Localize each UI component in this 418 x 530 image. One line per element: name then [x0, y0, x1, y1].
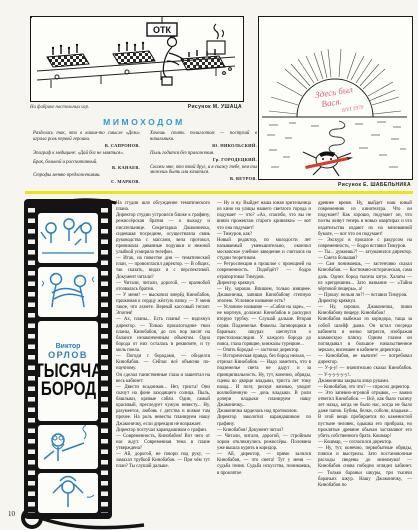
aphorism-signature: В. ВЕТРОВ. — [150, 176, 257, 181]
aphorism-item: Скажи мне, кто твой друг, и я скажу тебе… — [150, 165, 257, 182]
aphorism-signature: В. КАНАЕВ. — [33, 165, 140, 170]
aphorism-signature: В. САПРОНОВ. — [33, 143, 140, 148]
aphorisms-right-column: Хочешь стать полиглотом — поступай в нач… — [150, 131, 257, 187]
aphorism-signature: С. МАРКОВ. — [33, 179, 140, 184]
story-column: — Ну и ну. Выйдет наша юная зрительница … — [217, 201, 311, 523]
sunset-vasya-cartoon: Здесь был Вася. 8/VI 1970 — [258, 16, 413, 180]
film-frame-speaker — [38, 425, 98, 469]
aphorism-text: Разделась так, что в каком-то смысле «Де… — [33, 131, 140, 143]
aphorism-text: Эпиграф к медицине: «Дай бог не маяться»… — [33, 151, 140, 157]
aphorisms-left-column: Разделась так, что в каком-то смысле «Де… — [33, 131, 140, 187]
chess-factory-cartoon: ОТК — [30, 16, 244, 102]
story-author-first: Виктор — [56, 343, 81, 350]
aphorism-item: Пыль годится без приложения. Гр. ГОРОДЕЦ… — [150, 151, 257, 162]
aphorism-item: Брак, больной и рассчитанный. В. КАНАЕВ. — [33, 160, 140, 171]
aphorism-item: Хочешь стать полиглотом — поступай в нач… — [150, 131, 257, 148]
chessboard-2 — [113, 42, 155, 64]
left-cartoon-captions: На фабрике настольных игр. Рисунок М. УШ… — [30, 104, 242, 110]
aphorism-text: Скажи мне, кто твой друг, и я скажу тебе… — [150, 165, 257, 177]
spiral-trail — [329, 121, 345, 153]
aphorism-item: Эпиграф к медицине: «Дай бог не маяться»… — [33, 151, 140, 157]
aphorism-item: Разделась так, что в каком-то смысле «Де… — [33, 131, 140, 148]
swimmer-figure — [303, 152, 353, 177]
story-author-last: ОРЛОВ — [48, 350, 88, 360]
film-frame-grab — [38, 267, 98, 317]
left-cartoon-caption: На фабрике настольных игр. — [30, 105, 89, 110]
aphorism-item: Строфы меняю предложениями. С. МАРКОВ. — [33, 173, 140, 184]
sprocket-holes-left — [28, 205, 35, 513]
aphorisms-section-title: МИМОХОДОМ — [33, 117, 255, 127]
story-column: На студии шло обсуждение тематического п… — [116, 201, 210, 523]
film-frame-meeting — [38, 213, 98, 263]
film-strip-illustration: Виктор ОРЛОВ ТЫСЯЧА БОРОД — [24, 199, 112, 519]
page-number: 10 — [8, 510, 15, 518]
story-text-columns: На студии шло обсуждение тематического п… — [116, 201, 412, 523]
otk-sign-board: ОТК — [147, 17, 177, 36]
left-cartoon-credit: Рисунок М. УШАЦА — [188, 104, 242, 110]
chessboard-1 — [47, 44, 89, 67]
aphorism-text: Хочешь стать полиглотом — поступай в нач… — [150, 131, 257, 143]
chess-conveyor-drawing: ОТК — [31, 17, 241, 99]
story-title-line2: БОРОД — [40, 381, 95, 399]
stamp-machine — [207, 24, 225, 54]
sprocket-holes-right — [101, 205, 108, 513]
film-curl-top — [30, 187, 120, 211]
aphorisms-block: Разделась так, что в каком-то смысле «Де… — [33, 131, 257, 187]
story-title-frame: Виктор ОРЛОВ ТЫСЯЧА БОРОД — [38, 321, 98, 421]
story-column: древнее время. Ну, выйдет наш юный совре… — [318, 201, 412, 523]
sunset-drawing: Здесь был Вася. 8/VI 1970 — [259, 17, 410, 177]
right-cartoon-credit: Рисунок Е. ШАБЕЛЬНИКА — [258, 182, 411, 188]
aphorism-signature: Гр. ГОРОДЕЦКИЙ. — [150, 157, 257, 162]
otk-sign: ОТК — [153, 25, 171, 35]
aphorism-signature: Ю. НИКОЛЬСКИЙ. — [150, 143, 257, 148]
